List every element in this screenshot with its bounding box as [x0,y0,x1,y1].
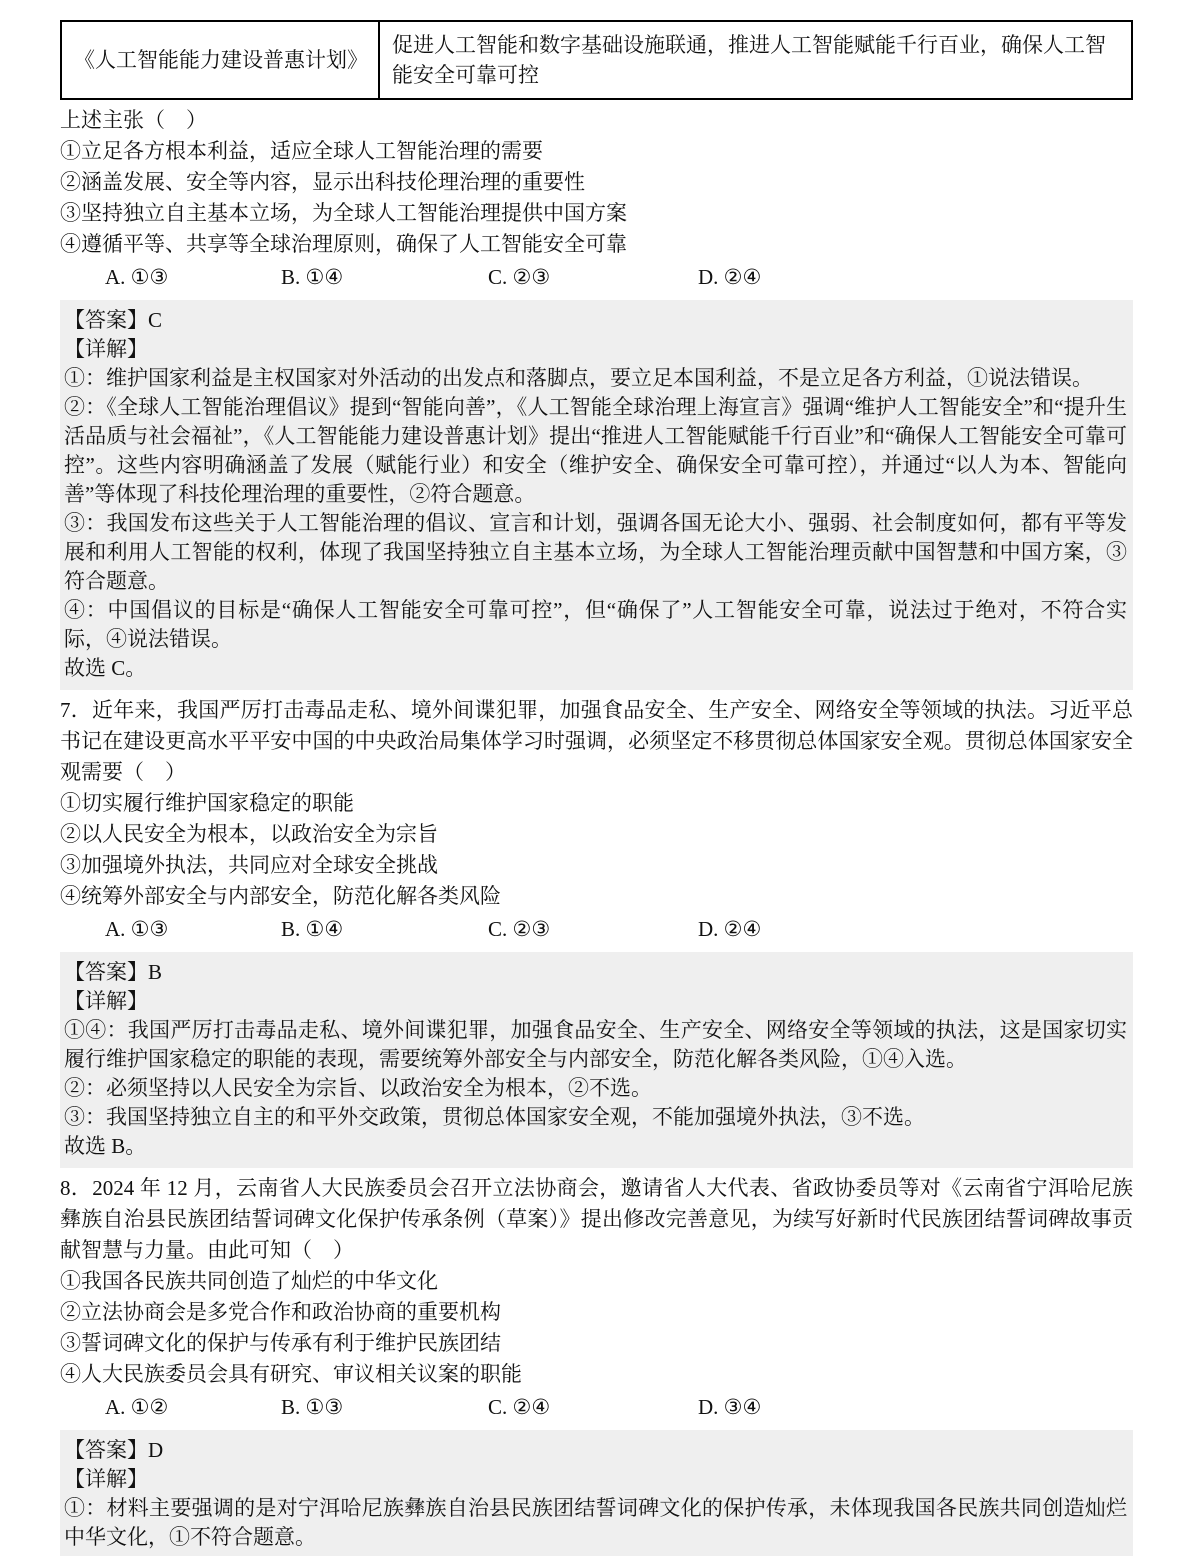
explanation-3: ③：我国坚持独立自主的和平外交政策，贯彻总体国家安全观，不能加强境外执法，③不选… [64,1103,1127,1132]
choice-a: A. ①② [105,1392,281,1423]
question-8-option-1: ①我国各民族共同创造了灿烂的中华文化 [60,1266,1133,1297]
explanation-1: ①④：我国严厉打击毒品走私、境外间谍犯罪，加强食品安全、生产安全、网络安全等领域… [64,1016,1127,1074]
material-table-row: 《人工智能能力建设普惠计划》 促进人工智能和数字基础设施联通，推进人工智能赋能千… [61,21,1132,99]
question-6-option-1: ①立足各方根本利益，适应全球人工智能治理的需要 [60,136,1133,167]
material-table-cell-title: 《人工智能能力建设普惠计划》 [61,21,379,99]
explanation-2: ②：《全球人工智能治理倡议》提到“智能向善”，《人工智能全球治理上海宣言》强调“… [64,393,1127,509]
explanation-3: ③：我国发布这些关于人工智能治理的倡议、宣言和计划，强调各国无论大小、强弱、社会… [64,509,1127,596]
detail-label: 【详解】 [64,1465,1127,1494]
choice-c: C. ②③ [488,262,698,293]
choice-b: B. ①④ [281,914,488,945]
answer-line: 【答案】C [64,306,1127,335]
question-6-prompt: 上述主张（ ） [60,105,1133,136]
conclusion-line: 故选 B。 [64,1132,1127,1161]
question-6-option-2: ②涵盖发展、安全等内容，显示出科技伦理治理的重要性 [60,167,1133,198]
answer-line: 【答案】D [64,1436,1127,1465]
answer-line: 【答案】B [64,958,1127,987]
explanation-1: ①：维护国家利益是主权国家对外活动的出发点和落脚点，要立足本国利益，不是立足各方… [64,364,1127,393]
explanation-2: ②：必须坚持以人民安全为宗旨、以政治安全为根本，②不选。 [64,1074,1127,1103]
choice-c: C. ②④ [488,1392,698,1423]
question-6: 上述主张（ ） ①立足各方根本利益，适应全球人工智能治理的需要 ②涵盖发展、安全… [60,105,1133,690]
question-8-stem: 8．2024 年 12 月，云南省人大民族委员会召开立法协商会，邀请省人大代表、… [60,1173,1133,1266]
choice-a: A. ①③ [105,262,281,293]
question-8-option-4: ④人大民族委员会具有研究、审议相关议案的职能 [60,1359,1133,1390]
question-6-choice-row: A. ①③ B. ①④ C. ②③ D. ②④ [60,260,1133,295]
detail-label: 【详解】 [64,987,1127,1016]
choice-b: B. ①④ [281,262,488,293]
question-8-option-3: ③誓词碑文化的保护与传承有利于维护民族团结 [60,1328,1133,1359]
question-6-answer-block: 【答案】C 【详解】 ①：维护国家利益是主权国家对外活动的出发点和落脚点，要立足… [60,300,1133,690]
question-6-option-4: ④遵循平等、共享等全球治理原则，确保了人工智能安全可靠 [60,229,1133,260]
question-8-option-2: ②立法协商会是多党合作和政治协商的重要机构 [60,1297,1133,1328]
choice-a: A. ①③ [105,914,281,945]
question-7-option-3: ③加强境外执法，共同应对全球安全挑战 [60,850,1133,881]
question-7-option-1: ①切实履行维护国家稳定的职能 [60,788,1133,819]
question-6-option-3: ③坚持独立自主基本立场，为全球人工智能治理提供中国方案 [60,198,1133,229]
exam-document-page: 《人工智能能力建设普惠计划》 促进人工智能和数字基础设施联通，推进人工智能赋能千… [0,0,1190,1556]
detail-label: 【详解】 [64,335,1127,364]
question-7-stem: 7．近年来，我国严厉打击毒品走私、境外间谍犯罪，加强食品安全、生产安全、网络安全… [60,695,1133,788]
question-7: 7．近年来，我国严厉打击毒品走私、境外间谍犯罪，加强食品安全、生产安全、网络安全… [60,695,1133,1168]
question-8-answer-block: 【答案】D 【详解】 ①：材料主要强调的是对宁洱哈尼族彝族自治县民族团结誓词碑文… [60,1430,1133,1556]
choice-d: D. ②④ [698,262,761,293]
explanation-4: ④：中国倡议的目标是“确保人工智能安全可靠可控”，但“确保了”人工智能安全可靠，… [64,596,1127,654]
material-table: 《人工智能能力建设普惠计划》 促进人工智能和数字基础设施联通，推进人工智能赋能千… [60,20,1133,100]
material-table-cell-description: 促进人工智能和数字基础设施联通，推进人工智能赋能千行百业，确保人工智能安全可靠可… [379,21,1132,99]
question-7-choice-row: A. ①③ B. ①④ C. ②③ D. ②④ [60,912,1133,947]
question-8-choice-row: A. ①② B. ①③ C. ②④ D. ③④ [60,1390,1133,1425]
choice-d: D. ③④ [698,1392,761,1423]
explanation-1: ①：材料主要强调的是对宁洱哈尼族彝族自治县民族团结誓词碑文化的保护传承，未体现我… [64,1494,1127,1552]
choice-d: D. ②④ [698,914,761,945]
question-7-option-4: ④统筹外部安全与内部安全，防范化解各类风险 [60,881,1133,912]
question-7-answer-block: 【答案】B 【详解】 ①④：我国严厉打击毒品走私、境外间谍犯罪，加强食品安全、生… [60,952,1133,1168]
conclusion-line: 故选 C。 [64,654,1127,683]
question-8: 8．2024 年 12 月，云南省人大民族委员会召开立法协商会，邀请省人大代表、… [60,1173,1133,1556]
question-7-option-2: ②以人民安全为根本，以政治安全为宗旨 [60,819,1133,850]
choice-b: B. ①③ [281,1392,488,1423]
choice-c: C. ②③ [488,914,698,945]
